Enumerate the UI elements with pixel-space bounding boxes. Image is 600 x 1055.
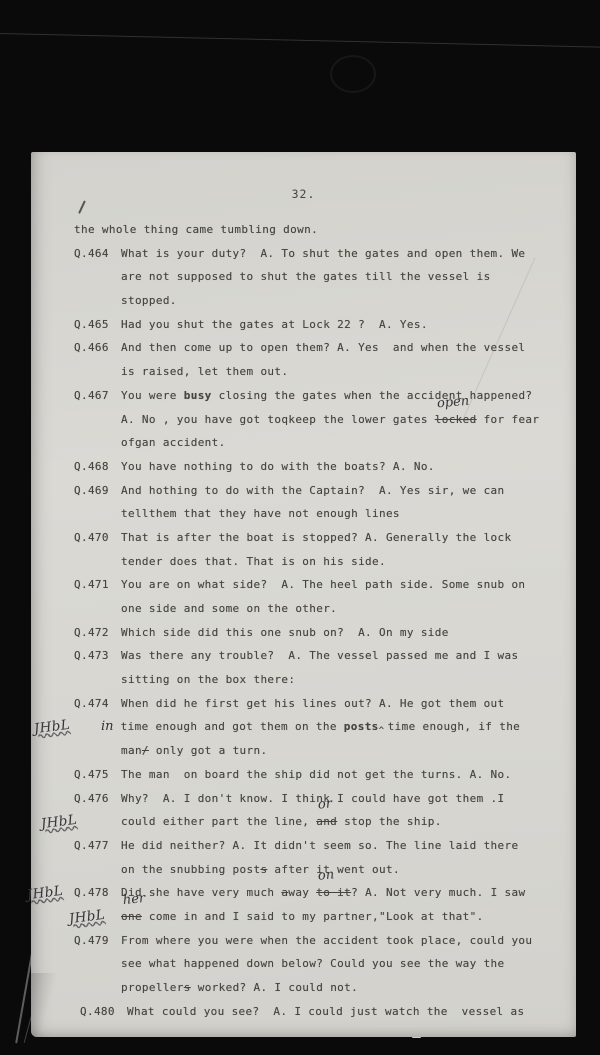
typed-text: ofgan accident.	[121, 436, 226, 449]
line-text: could either part the line, andor stop t…	[121, 815, 442, 828]
question-number: Q.480	[80, 1000, 127, 1024]
typed-text-bold: posts	[344, 720, 379, 733]
transcript: the whole thing came tumbling down.Q.464…	[31, 218, 572, 1023]
qa-line: JHbLQ.478Did she have very much away to …	[31, 881, 572, 905]
qa-line: Q.477He did neither? A. It didn't seem s…	[31, 834, 572, 858]
film-blemish-ring	[330, 55, 376, 93]
handwritten-correction: or	[318, 800, 333, 811]
question-number: Q.475	[74, 763, 121, 787]
corrected-text: to iton	[316, 881, 351, 905]
typed-text: What could you see? A. I could just watc…	[127, 1005, 524, 1018]
pen-mark	[78, 200, 85, 213]
typed-text: is raised, let them out.	[121, 365, 288, 378]
typed-text: could either part the line,	[121, 815, 316, 828]
typed-text: You are on what side? A. The heel path s…	[121, 578, 525, 591]
struck-text: /	[142, 744, 149, 757]
qa-continuation-line: the whole thing came tumbling down.	[31, 218, 572, 242]
typed-text: the whole thing came tumbling down.	[74, 223, 318, 236]
handwritten-correction: open	[436, 396, 469, 409]
qa-line: Q.466And then come up to open them? A. Y…	[31, 336, 572, 360]
line-text: the whole thing came tumbling down.	[74, 223, 318, 236]
typed-text: stopped.	[121, 294, 177, 307]
line-text: sitting on the box there:	[121, 673, 295, 686]
typed-text: see what happened down below? Could you …	[121, 957, 505, 970]
line-text: And then come up to open them? A. Yes an…	[121, 341, 525, 354]
margin-initials: JHbL	[33, 714, 72, 742]
line-text: You are on what side? A. The heel path s…	[121, 578, 525, 591]
question-number: Q.467	[74, 384, 121, 408]
line-text: You were busy closing the gates when the…	[121, 389, 532, 402]
qa-continuation-line: see what happened down below? Could you …	[31, 952, 572, 976]
typed-text-bold: busy	[184, 389, 212, 402]
margin-initials: JHbL	[26, 880, 65, 908]
line-text: is raised, let them out.	[121, 365, 288, 378]
line-text: propellers worked? A. I could not.	[121, 981, 358, 994]
question-number: Q.478	[74, 881, 121, 905]
typed-text: When did he first get his lines out? A. …	[121, 697, 505, 710]
line-text: Which side did this one snub on? A. On m…	[121, 626, 449, 639]
typed-text: Was there any trouble? A. The vessel pas…	[121, 649, 518, 662]
question-number: Q.474	[74, 692, 121, 716]
typed-text: And hothing to do with the Captain? A. Y…	[121, 484, 505, 497]
line-text: man/ only got a turn.	[121, 744, 267, 757]
qa-line: Q.474When did he first get his lines out…	[31, 692, 572, 716]
qa-continuation-line: sitting on the box there:	[31, 668, 572, 692]
typed-text: Had you shut the gates at Lock 22 ? A. Y…	[121, 318, 428, 331]
line-text: oneher come in and I said to my partner,…	[121, 910, 484, 923]
typed-text: come in and I said to my partner,"Look a…	[142, 910, 484, 923]
qa-continuation-line: man/ only got a turn.	[31, 739, 572, 763]
line-text: The man on board the ship did not get th…	[121, 768, 511, 781]
page-number: 32.	[31, 187, 576, 201]
line-text: What could you see? A. I could just watc…	[127, 1005, 524, 1018]
qa-continuation-line: is raised, let them out.	[31, 360, 572, 384]
qa-continuation-line: ofgan accident.	[31, 431, 572, 455]
typed-text: on the snubbing post	[121, 863, 260, 876]
margin-initials: JHbL	[68, 904, 107, 932]
line-text: Why? A. I don't know. I think I could ha…	[121, 792, 505, 805]
qa-line: Q.480What could you see? A. I could just…	[31, 1000, 572, 1024]
qa-line: Q.479From where you were when the accide…	[31, 929, 572, 953]
struck-text: s	[184, 981, 191, 994]
qa-line: Q.471You are on what side? A. The heel p…	[31, 573, 572, 597]
line-text: He did neither? A. It didn't seem so. Th…	[121, 839, 518, 852]
typed-text: for fear	[477, 413, 540, 426]
corrected-text: oneher	[121, 905, 142, 929]
typed-text: What is your duty? A. To shut the gates …	[121, 247, 525, 260]
qa-continuation-line: propellers worked? A. I could not.	[31, 976, 572, 1000]
qa-continuation-line: tellthem that they have not enough lines	[31, 502, 572, 526]
struck-text: locked	[435, 413, 477, 426]
qa-continuation-line: JHbLcould either part the line, andor st…	[31, 810, 572, 834]
typed-text: You were	[121, 389, 184, 402]
typed-text: sitting on the box there:	[121, 673, 295, 686]
qa-line: Q.473Was there any trouble? A. The vesse…	[31, 644, 572, 668]
line-text: Was there any trouble? A. The vessel pas…	[121, 649, 518, 662]
typed-text: He did neither? A. It didn't seem so. Th…	[121, 839, 518, 852]
qa-line: Q.464What is your duty? A. To shut the g…	[31, 242, 572, 266]
typed-text: worked? A. I could not.	[191, 981, 358, 994]
film-background: 32. the whole thing came tumbling down.Q…	[0, 0, 600, 1055]
qa-line: Q.476Why? A. I don't know. I think I cou…	[31, 787, 572, 811]
typed-text: time enough and got them on the	[121, 720, 344, 733]
typed-text: Which side did this one snub on? A. On m…	[121, 626, 449, 639]
typed-text: ? A. Not very much. I saw	[351, 886, 525, 899]
qa-line: Q.465Had you shut the gates at Lock 22 ?…	[31, 313, 572, 337]
handwritten-insert: in	[101, 719, 118, 734]
line-text: What is your duty? A. To shut the gates …	[121, 247, 525, 260]
typed-text: only got a turn.	[149, 744, 268, 757]
line-text: tellthem that they have not enough lines	[121, 507, 400, 520]
typed-text: The man on board the ship did not get th…	[121, 768, 511, 781]
question-number: Q.465	[74, 313, 121, 337]
question-number: Q.476	[74, 787, 121, 811]
typed-text: That is after the boat is stopped? A. Ge…	[121, 531, 511, 544]
question-number: Q.479	[74, 929, 121, 953]
question-number: Q.477	[74, 834, 121, 858]
qa-continuation-line: on the snubbing posts after it went out.	[31, 858, 572, 882]
typed-text: tellthem that they have not enough lines	[121, 507, 400, 520]
line-text: stopped.	[121, 294, 177, 307]
typed-text: closing the gates when the accident happ…	[212, 389, 533, 402]
question-number: Q.464	[74, 242, 121, 266]
line-text: one side and some on the other.	[121, 602, 337, 615]
qa-line: Q.472Which side did this one snub on? A.…	[31, 621, 572, 645]
qa-continuation-line: are not supposed to shut the gates till …	[31, 265, 572, 289]
question-number: Q.473	[74, 644, 121, 668]
typed-text: propeller	[121, 981, 184, 994]
question-number: Q.470	[74, 526, 121, 550]
typed-text: And then come up to open them? A. Yes an…	[121, 341, 525, 354]
qa-continuation-line: stopped.	[31, 289, 572, 313]
typed-text: A. No , you have got toqkeep the lower g…	[121, 413, 435, 426]
line-text: And hothing to do with the Captain? A. Y…	[121, 484, 505, 497]
qa-line: Q.467You were busy closing the gates whe…	[31, 384, 572, 408]
margin-initials: JHbL	[40, 809, 79, 837]
typed-text: time enough, if the	[388, 720, 520, 733]
qa-continuation-line: tender does that. That is on his side.	[31, 550, 572, 574]
qa-continuation-line: JHbLin time enough and got them on the p…	[31, 715, 572, 739]
line-text: That is after the boat is stopped? A. Ge…	[121, 531, 511, 544]
typed-text: one side and some on the other.	[121, 602, 337, 615]
film-scratch-line	[0, 33, 600, 48]
line-text: in time enough and got them on the posts…	[121, 720, 520, 733]
typed-text: From where you were when the accident to…	[121, 934, 532, 947]
struck-text: to it	[316, 886, 351, 899]
typed-text: man	[121, 744, 142, 757]
line-text: A. No , you have got toqkeep the lower g…	[121, 413, 539, 426]
typed-text: tender does that. That is on his side.	[121, 555, 386, 568]
qa-line: Q.469And hothing to do with the Captain?…	[31, 479, 572, 503]
question-number: Q.471	[74, 573, 121, 597]
line-text: Had you shut the gates at Lock 22 ? A. Y…	[121, 318, 428, 331]
struck-text: and	[316, 815, 337, 828]
question-number: Q.472	[74, 621, 121, 645]
line-text: ofgan accident.	[121, 436, 226, 449]
qa-continuation-line: A. No , you have got toqkeep the lower g…	[31, 408, 572, 432]
line-text: You have nothing to do with the boats? A…	[121, 460, 435, 473]
line-text: Did she have very much away to iton? A. …	[121, 886, 525, 899]
typed-text: stop the ship.	[337, 815, 442, 828]
line-text: on the snubbing posts after it went out.	[121, 863, 400, 876]
qa-line: Q.475The man on board the ship did not g…	[31, 763, 572, 787]
line-text: see what happened down below? Could you …	[121, 957, 505, 970]
struck-text: one	[121, 910, 142, 923]
caret-mark: ^	[379, 726, 385, 736]
typed-text: You have nothing to do with the boats? A…	[121, 460, 435, 473]
qa-line: Q.470That is after the boat is stopped? …	[31, 526, 572, 550]
qa-continuation-line: one side and some on the other.	[31, 597, 572, 621]
qa-continuation-line: JHbLoneher come in and I said to my part…	[31, 905, 572, 929]
qa-line: Q.468You have nothing to do with the boa…	[31, 455, 572, 479]
question-number: Q.466	[74, 336, 121, 360]
handwritten-correction: her	[123, 894, 146, 906]
corrected-text: andor	[316, 810, 337, 834]
typed-text: are not supposed to shut the gates till …	[121, 270, 491, 283]
line-text: tender does that. That is on his side.	[121, 555, 386, 568]
corrected-text: lockedopen	[435, 408, 477, 432]
typed-text: Why? A. I don't know. I think I could ha…	[121, 792, 505, 805]
typed-text: way	[288, 886, 316, 899]
question-number: Q.468	[74, 455, 121, 479]
document-page: 32. the whole thing came tumbling down.Q…	[31, 152, 576, 1037]
question-number: Q.469	[74, 479, 121, 503]
handwritten-correction: on	[318, 871, 335, 882]
line-text: When did he first get his lines out? A. …	[121, 697, 505, 710]
line-text: From where you were when the accident to…	[121, 934, 532, 947]
line-text: are not supposed to shut the gates till …	[121, 270, 491, 283]
